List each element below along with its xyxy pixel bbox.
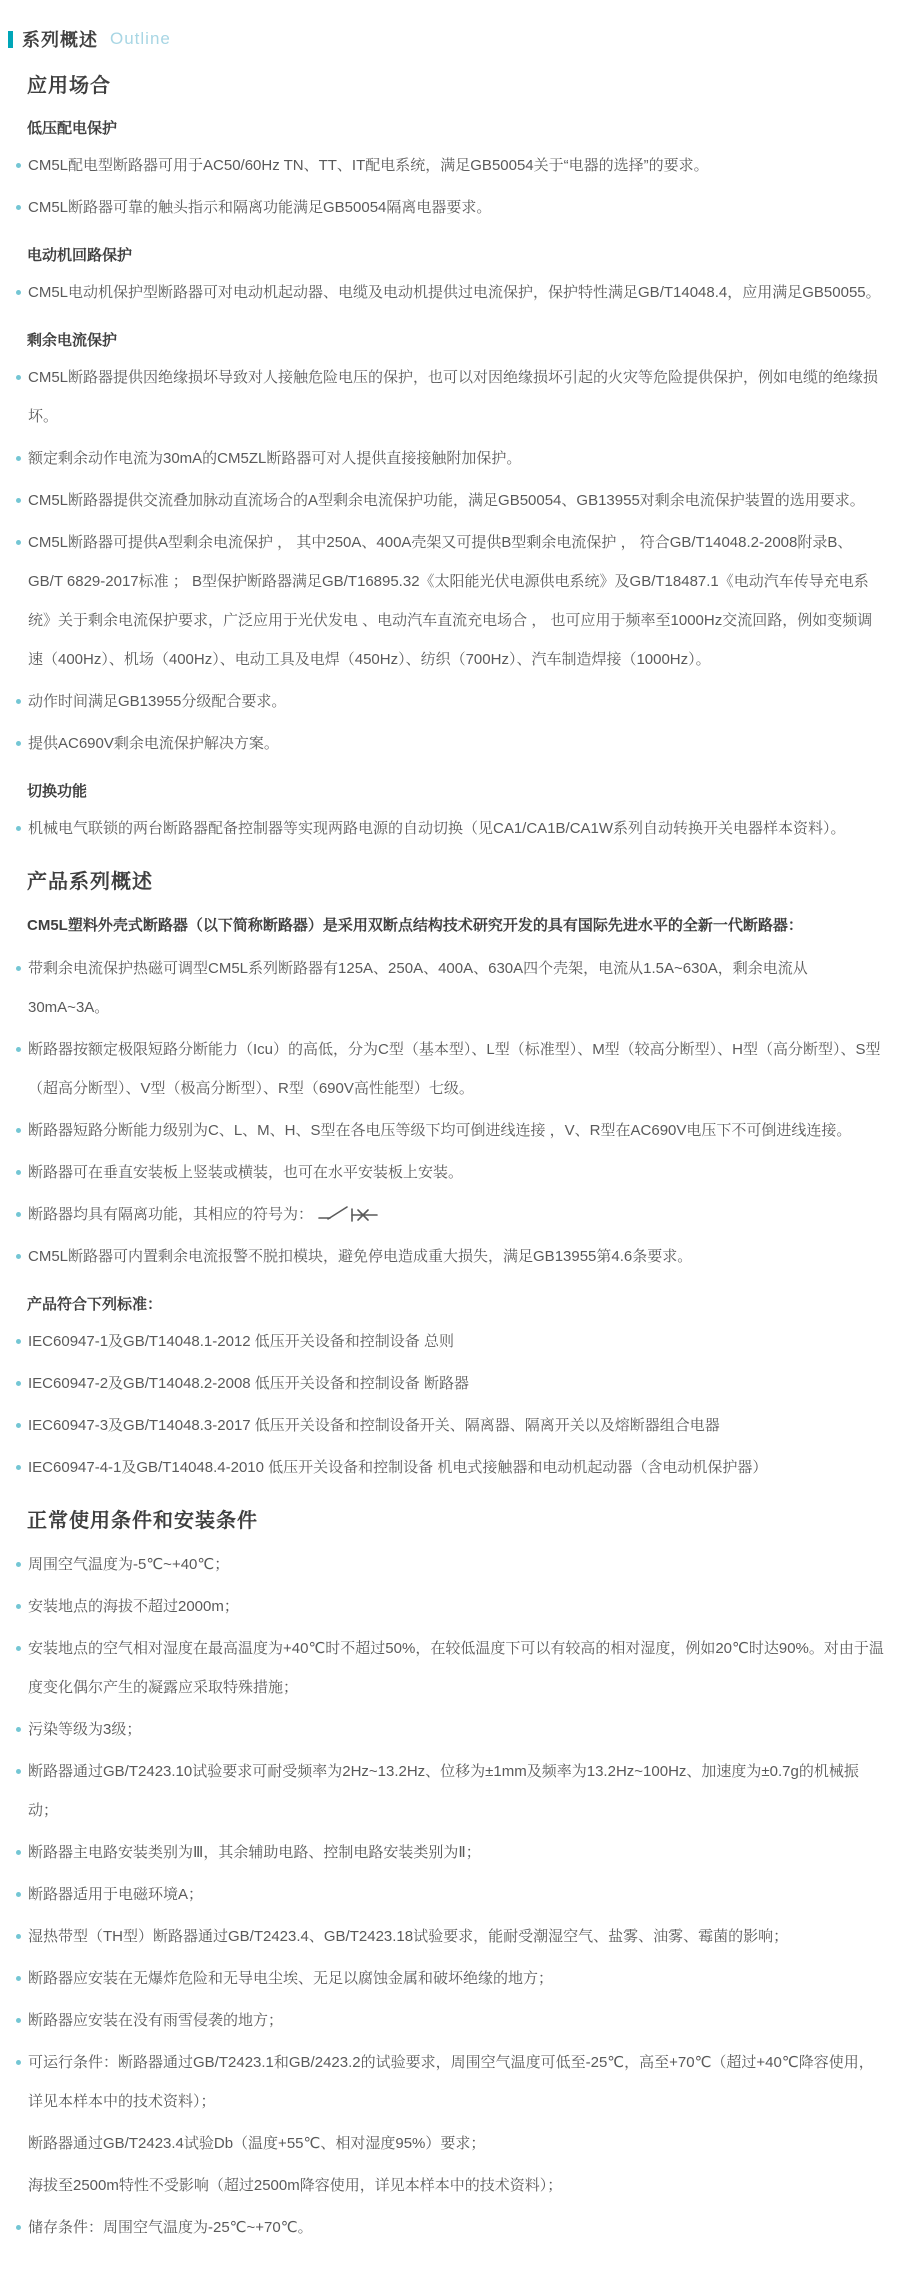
bullet-icon <box>16 1727 21 1732</box>
bullet-icon <box>16 163 21 168</box>
item-text: 断路器通过GB/T2423.4试验Db（温度+55℃、相对湿度95%）要求； <box>28 2135 485 2152</box>
bullet-icon <box>16 1423 21 1428</box>
item-text: CM5L断路器可提供A型剩余电流保护 ， 其中250A、400A壳架又可提供B型… <box>28 534 872 668</box>
item-text: 可运行条件：断路器通过GB/T2423.1和GB/2423.2的试验要求，周围空… <box>28 2054 874 2110</box>
bullet-item: 可运行条件：断路器通过GB/T2423.1和GB/2423.2的试验要求，周围空… <box>0 2043 886 2121</box>
bullet-item: 额定剩余动作电流为30mA的CM5ZL断路器可对人提供直接接触附加保护。 <box>0 439 886 478</box>
bullet-icon <box>16 540 21 545</box>
item-text: 产品系列概述 <box>27 871 153 893</box>
bullet-icon <box>16 741 21 746</box>
bullet-item: IEC60947-2及GB/T14048.2-2008 低压开关设备和控制设备 … <box>0 1364 886 1403</box>
bullet-icon <box>16 1934 21 1939</box>
bullet-item: 断路器可在垂直安装板上竖装或横装，也可在水平安装板上安装。 <box>0 1153 886 1192</box>
bullet-icon <box>16 1170 21 1175</box>
bullet-icon <box>16 2018 21 2023</box>
bullet-icon <box>16 699 21 704</box>
bullet-item: IEC60947-1及GB/T14048.1-2012 低压开关设备和控制设备 … <box>0 1322 886 1361</box>
bullet-icon <box>16 826 21 831</box>
item-text: 正常使用条件和安装条件 <box>27 1510 258 1532</box>
bullet-item: 断路器主电路安装类别为Ⅲ，其余辅助电路、控制电路安装类别为Ⅱ； <box>0 1833 886 1872</box>
item-text: IEC60947-2及GB/T14048.2-2008 低压开关设备和控制设备 … <box>28 1375 469 1392</box>
subsection-heading: 切换功能 <box>27 779 886 805</box>
item-text: IEC60947-3及GB/T14048.3-2017 低压开关设备和控制设备开… <box>28 1417 720 1434</box>
item-text: 断路器可在垂直安装板上竖装或横装，也可在水平安装板上安装。 <box>28 1164 463 1181</box>
bullet-item: 安装地点的海拔不超过2000m； <box>0 1587 886 1626</box>
item-text: 断路器应安装在无爆炸危险和无导电尘埃、无足以腐蚀金属和破坏绝缘的地方； <box>28 1970 553 1987</box>
continuation-line: 海拔至2500m特性不受影响（超过2500m降容使用，详见本样本中的技术资料）； <box>0 2166 886 2205</box>
item-text: 机械电气联锁的两台断路器配备控制器等实现两路电源的自动切换（见CA1/CA1B/… <box>28 820 846 837</box>
subsection-heading: 低压配电保护 <box>27 116 886 142</box>
bullet-icon <box>16 1769 21 1774</box>
item-text: 应用场合 <box>27 75 111 97</box>
item-text: 海拔至2500m特性不受影响（超过2500m降容使用，详见本样本中的技术资料）； <box>28 2177 562 2194</box>
bullet-icon <box>16 1047 21 1052</box>
document-page: 系列概述 Outline 应用场合低压配电保护CM5L配电型断路器可用于AC50… <box>0 0 900 2280</box>
item-text: 断路器通过GB/T2423.10试验要求可耐受频率为2Hz~13.2Hz、位移为… <box>28 1763 859 1819</box>
bullet-item: 断路器通过GB/T2423.10试验要求可耐受频率为2Hz~13.2Hz、位移为… <box>0 1752 886 1830</box>
accent-bar <box>8 31 13 48</box>
bullet-icon <box>16 1254 21 1259</box>
item-text: 产品符合下列标准： <box>27 1296 162 1313</box>
bullet-item: 带剩余电流保护热磁可调型CM5L系列断路器有125A、250A、400A、630… <box>0 949 886 1027</box>
bullet-item: 断路器均具有隔离功能，其相应的符号为： <box>0 1195 886 1234</box>
item-text: 储存条件：周围空气温度为-25℃~+70℃。 <box>28 2219 313 2236</box>
bullet-icon <box>16 966 21 971</box>
item-text: 安装地点的空气相对湿度在最高温度为+40℃时不超过50%，在较低温度下可以有较高… <box>28 1640 884 1696</box>
item-text: 切换功能 <box>27 783 87 800</box>
bullet-icon <box>16 1604 21 1609</box>
bullet-item: CM5L断路器可内置剩余电流报警不脱扣模块，避免停电造成重大损失，满足GB139… <box>0 1237 886 1276</box>
item-text: CM5L断路器提供因绝缘损坏导致对人接触危险电压的保护，也可以对因绝缘损坏引起的… <box>28 369 878 425</box>
bullet-item: 机械电气联锁的两台断路器配备控制器等实现两路电源的自动切换（见CA1/CA1B/… <box>0 809 886 848</box>
bullet-item: 断路器应安装在没有雨雪侵袭的地方； <box>0 2001 886 2040</box>
bullet-item: 周围空气温度为-5℃~+40℃； <box>0 1545 886 1584</box>
bullet-item: 湿热带型（TH型）断路器通过GB/T2423.4、GB/T2423.18试验要求… <box>0 1917 886 1956</box>
bullet-icon <box>16 1381 21 1386</box>
page-subtitle: Outline <box>110 29 171 49</box>
item-text: 额定剩余动作电流为30mA的CM5ZL断路器可对人提供直接接触附加保护。 <box>28 450 521 467</box>
item-text: CM5L塑料外壳式断路器（以下简称断路器）是采用双断点结构技术研究开发的具有国际… <box>27 917 803 934</box>
item-text: CM5L电动机保护型断路器可对电动机起动器、电缆及电动机提供过电流保护，保护特性… <box>28 284 881 301</box>
bullet-icon <box>16 1465 21 1470</box>
item-text: CM5L断路器可内置剩余电流报警不脱扣模块，避免停电造成重大损失，满足GB139… <box>28 1248 692 1265</box>
item-text: 剩余电流保护 <box>27 332 117 349</box>
bullet-icon <box>16 205 21 210</box>
bullet-item: 储存条件：周围空气温度为-25℃~+70℃。 <box>0 2208 886 2247</box>
item-text: 提供AC690V剩余电流保护解决方案。 <box>28 735 279 752</box>
item-text: 安装地点的海拔不超过2000m； <box>28 1598 239 1615</box>
bullet-item: 断路器应安装在无爆炸危险和无导电尘埃、无足以腐蚀金属和破坏绝缘的地方； <box>0 1959 886 1998</box>
item-text: 污染等级为3级； <box>28 1721 141 1738</box>
bullet-item: CM5L电动机保护型断路器可对电动机起动器、电缆及电动机提供过电流保护，保护特性… <box>0 273 886 312</box>
bullet-item: IEC60947-4-1及GB/T14048.4-2010 低压开关设备和控制设… <box>0 1448 886 1487</box>
item-text: 电动机回路保护 <box>27 247 132 264</box>
bullet-icon <box>16 1128 21 1133</box>
section-heading: 应用场合 <box>27 72 886 100</box>
bullet-item: CM5L断路器提供交流叠加脉动直流场合的A型剩余电流保护功能，满足GB50054… <box>0 481 886 520</box>
bullet-icon <box>16 1339 21 1344</box>
item-text: CM5L断路器可靠的触头指示和隔离功能满足GB50054隔离电器要求。 <box>28 199 491 216</box>
item-text: 动作时间满足GB13955分级配合要求。 <box>28 693 286 710</box>
item-text: CM5L配电型断路器可用于AC50/60Hz TN、TT、IT配电系统，满足GB… <box>28 157 709 174</box>
bullet-item: CM5L断路器可提供A型剩余电流保护 ， 其中250A、400A壳架又可提供B型… <box>0 523 886 679</box>
bullet-icon <box>16 456 21 461</box>
subsection-heading: 电动机回路保护 <box>27 243 886 269</box>
item-text: 低压配电保护 <box>27 120 117 137</box>
bullet-icon <box>16 290 21 295</box>
item-text: 断路器主电路安装类别为Ⅲ，其余辅助电路、控制电路安装类别为Ⅱ； <box>28 1844 481 1861</box>
bullet-item: CM5L配电型断路器可用于AC50/60Hz TN、TT、IT配电系统，满足GB… <box>0 146 886 185</box>
page-title: 系列概述 <box>22 26 98 52</box>
subsection-heading: 产品符合下列标准： <box>27 1292 886 1318</box>
bullet-item: 断路器短路分断能力级别为C、L、M、H、S型在各电压等级下均可倒进线连接 ，V、… <box>0 1111 886 1150</box>
section-heading: 产品系列概述 <box>27 868 886 896</box>
item-text: 断路器按额定极限短路分断能力（Icu）的高低，分为C型（基本型）、L型（标准型）… <box>28 1041 881 1097</box>
bullet-icon <box>16 1562 21 1567</box>
bullet-item: 断路器适用于电磁环境A； <box>0 1875 886 1914</box>
item-text: 断路器均具有隔离功能，其相应的符号为： <box>28 1206 313 1223</box>
isolation-symbol-icon <box>317 1203 379 1223</box>
bullet-item: 动作时间满足GB13955分级配合要求。 <box>0 682 886 721</box>
item-text: 断路器短路分断能力级别为C、L、M、H、S型在各电压等级下均可倒进线连接 ，V、… <box>28 1122 851 1139</box>
section-heading: 正常使用条件和安装条件 <box>27 1507 886 1535</box>
bullet-icon <box>16 2225 21 2230</box>
subsection-heading: 剩余电流保护 <box>27 328 886 354</box>
bullet-item: 提供AC690V剩余电流保护解决方案。 <box>0 724 886 763</box>
bullet-item: CM5L断路器提供因绝缘损坏导致对人接触危险电压的保护，也可以对因绝缘损坏引起的… <box>0 358 886 436</box>
continuation-line: 断路器通过GB/T2423.4试验Db（温度+55℃、相对湿度95%）要求； <box>0 2124 886 2163</box>
bullet-item: 断路器按额定极限短路分断能力（Icu）的高低，分为C型（基本型）、L型（标准型）… <box>0 1030 886 1108</box>
bullet-icon <box>16 2060 21 2065</box>
bullet-icon <box>16 498 21 503</box>
item-text: 断路器应安装在没有雨雪侵袭的地方； <box>28 2012 283 2029</box>
bullet-icon <box>16 1850 21 1855</box>
bullet-icon <box>16 1646 21 1651</box>
bullet-item: 安装地点的空气相对湿度在最高温度为+40℃时不超过50%，在较低温度下可以有较高… <box>0 1629 886 1707</box>
item-text: CM5L断路器提供交流叠加脉动直流场合的A型剩余电流保护功能，满足GB50054… <box>28 492 865 509</box>
item-text: 湿热带型（TH型）断路器通过GB/T2423.4、GB/T2423.18试验要求… <box>28 1928 788 1945</box>
item-text: 周围空气温度为-5℃~+40℃； <box>28 1556 229 1573</box>
page-header: 系列概述 Outline <box>8 26 892 52</box>
content-blocks: 应用场合低压配电保护CM5L配电型断路器可用于AC50/60Hz TN、TT、I… <box>0 72 892 2247</box>
bullet-icon <box>16 375 21 380</box>
item-text: 断路器适用于电磁环境A； <box>28 1886 203 1903</box>
item-text: 带剩余电流保护热磁可调型CM5L系列断路器有125A、250A、400A、630… <box>28 960 808 1016</box>
bullet-icon <box>16 1976 21 1981</box>
bullet-item: IEC60947-3及GB/T14048.3-2017 低压开关设备和控制设备开… <box>0 1406 886 1445</box>
bullet-item: 污染等级为3级； <box>0 1710 886 1749</box>
bullet-item: CM5L断路器可靠的触头指示和隔离功能满足GB50054隔离电器要求。 <box>0 188 886 227</box>
lead-paragraph: CM5L塑料外壳式断路器（以下简称断路器）是采用双断点结构技术研究开发的具有国际… <box>0 906 886 945</box>
item-text: IEC60947-4-1及GB/T14048.4-2010 低压开关设备和控制设… <box>28 1459 767 1476</box>
item-text: IEC60947-1及GB/T14048.1-2012 低压开关设备和控制设备 … <box>28 1333 454 1350</box>
bullet-icon <box>16 1212 21 1217</box>
bullet-icon <box>16 1892 21 1897</box>
